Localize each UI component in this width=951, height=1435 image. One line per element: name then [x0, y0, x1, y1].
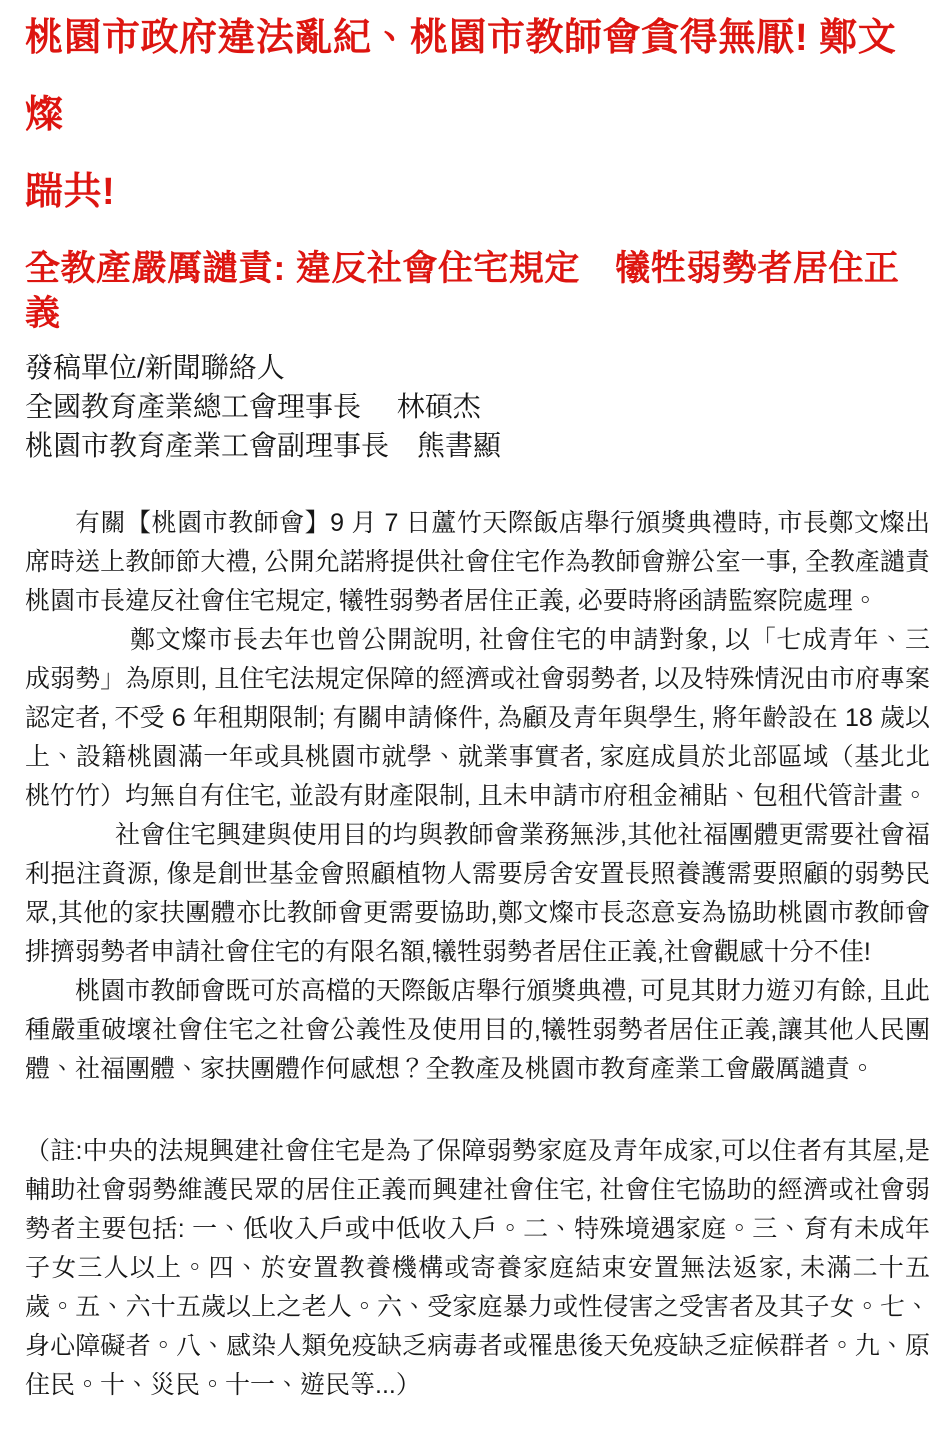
paragraph-housing-rules: 鄭文燦市長去年也曾公開說明, 社會住宅的申請對象, 以「七成青年、三成弱勢」為原… [25, 621, 930, 816]
footnote: （註:中央的法規興建社會住宅是為了保障弱勢家庭及青年成家,可以住者有其屋,是輔助… [25, 1132, 930, 1405]
press-release-document: 桃園市政府違法亂紀、桃園市教師會貪得無厭! 鄭文燦 踹共! 全教產嚴厲譴責: 違… [0, 0, 951, 1435]
document-subtitle: 全教產嚴厲譴責: 違反社會住宅規定 犧牲弱勢者居住正義 [25, 246, 930, 336]
contact-person-vice-chairman: 桃園市教育產業工會副理事長 熊書顯 [25, 426, 930, 465]
contact-person-chairman: 全國教育產業總工會理事長 林碩杰 [25, 387, 930, 426]
paragraph-event-summary: 有關【桃園市教師會】9 月 7 日蘆竹天際飯店舉行頒獎典禮時, 市長鄭文燦出席時… [25, 504, 930, 621]
contact-heading: 發稿單位/新聞聯絡人 [25, 348, 930, 387]
paragraph-condemnation: 桃園市教師會既可於高檔的天際飯店舉行頒獎典禮, 可見其財力遊刃有餘, 且此種嚴重… [25, 972, 930, 1089]
paragraph-welfare-groups: 社會住宅興建與使用目的均與教師會業務無涉,其他社福團體更需要社會福利挹注資源, … [25, 816, 930, 972]
body-paragraphs: 有關【桃園市教師會】9 月 7 日蘆竹天際飯店舉行頒獎典禮時, 市長鄭文燦出席時… [25, 504, 930, 1089]
document-title: 桃園市政府違法亂紀、桃園市教師會貪得無厭! 鄭文燦 踹共! [25, 0, 930, 231]
contact-block: 發稿單位/新聞聯絡人 全國教育產業總工會理事長 林碩杰 桃園市教育產業工會副理事… [25, 348, 930, 465]
